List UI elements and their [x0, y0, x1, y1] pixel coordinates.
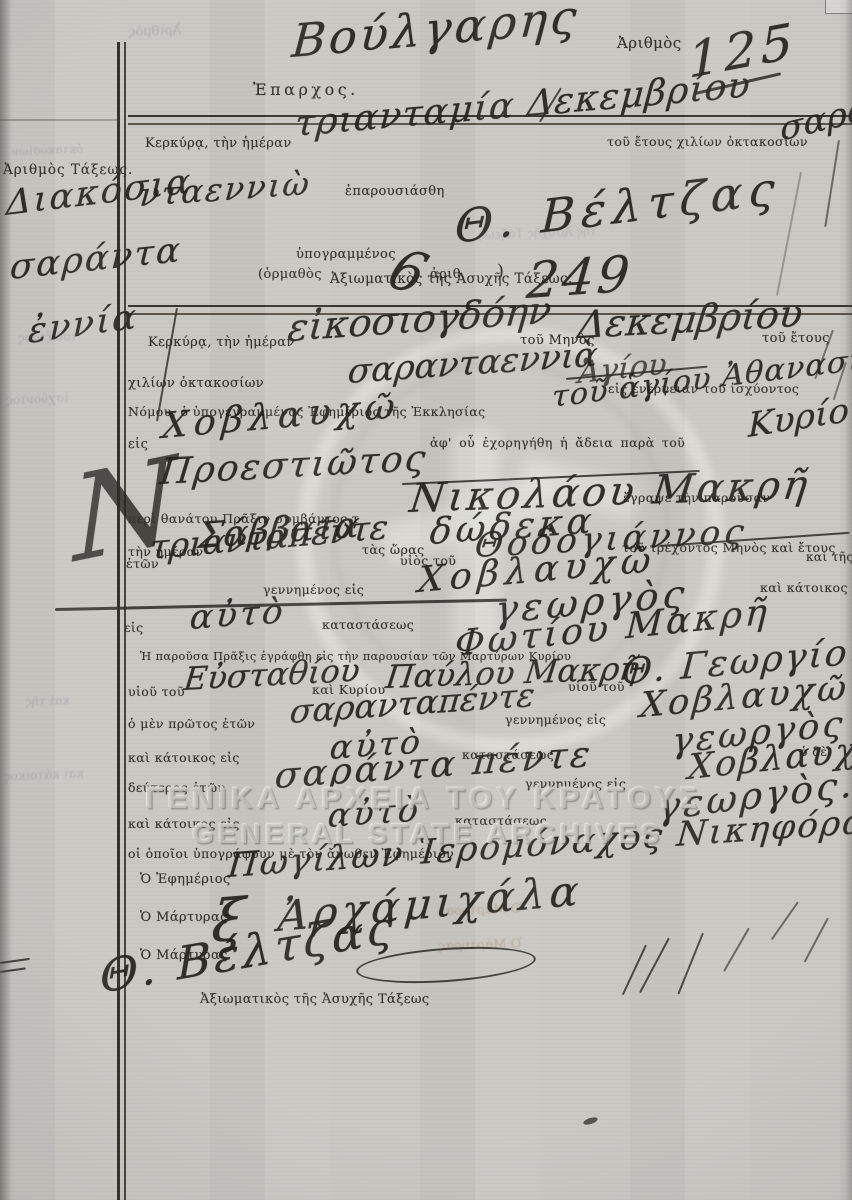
witness1-resident-label: καὶ κάτοικος εἰς [128, 750, 240, 765]
witness2-son-label: υἱοῦ τοῦ [568, 679, 625, 694]
scan-right-edge-shadow [844, 0, 852, 1200]
deceased-resident-label: καὶ κάτοικος [760, 580, 848, 595]
bleedthrough-text: ὀκτακοσίων [12, 142, 84, 158]
status-label: καταστάσεως [322, 617, 414, 632]
registration-year-label: τοῦ ἔτους χιλίων ὀκτακοσίων [607, 134, 808, 149]
number-label: Ἀριθμὸς [617, 34, 682, 52]
presented-label: ἐπαρουσιάσθη [345, 184, 445, 199]
ink-stroke [723, 928, 750, 972]
officer-final-title-label: Ἀξιωματικὸς τῆς Ἀσυχῆς Τάξεως [200, 992, 430, 1007]
eparch-signature-handwritten: Βούλγαρης [290, 0, 581, 68]
scanned-death-record-page: Βούλγαρης Ἀριθμὸς 125 Ἐπαρχος. Ἀριθμὸς Τ… [0, 0, 852, 1200]
first-witness-age-label: ὁ μὲν πρῶτος ἐτῶν [128, 716, 255, 731]
bleedthrough-text: τοῦ ἔτους [18, 329, 78, 345]
registration-date-handwritten: τριανταμία Δεκεμβρίου [294, 65, 753, 145]
number-abbr-label: ἀριθ. [430, 267, 465, 282]
resident-at-label: εἰς [124, 620, 144, 635]
ink-stroke [677, 933, 704, 995]
proestos-handwritten: Προεστιῶτος [158, 438, 429, 493]
ink-blot [582, 1116, 598, 1126]
act-year-label: τοῦ ἔτους [762, 331, 830, 346]
same-village-handwritten: αὐτὸ [188, 591, 287, 638]
top-rule-left-faint [0, 119, 117, 121]
act-village-at-label: εἰς [128, 437, 148, 452]
act-year-thousand-label: χιλίων ὀκτακοσίων [128, 376, 264, 391]
witness1-son-label: υἱοῦ τοῦ [128, 684, 185, 699]
scan-left-edge-shadow [0, 0, 12, 1200]
left-vertical-rule-outer [117, 42, 120, 1200]
eparch-office-label: Ἐπαρχος. [253, 80, 359, 99]
registration-year-start-handwritten: σαρὰ [778, 89, 852, 149]
bleedthrough-text: καὶ τῆς [25, 693, 70, 709]
priest-signature-label: Ὁ Ἐφημέριος [140, 872, 231, 887]
bleedthrough-text: Ἀριθμὸς [128, 23, 182, 40]
bleedthrough-text: καὶ κάτοικος [4, 767, 84, 784]
bleedthrough-text: ἰσχύοντος [6, 391, 69, 407]
archive-watermark-english: GENERAL STATE ARCHIVES [192, 818, 663, 850]
ink-tail-stroke [824, 140, 840, 227]
registration-place-date-label: Κερκύρᾳ, τὴν ἡμέραν [145, 136, 292, 151]
ink-stroke [771, 901, 799, 940]
ink-stroke [804, 918, 829, 963]
police-officer-signature-handwritten: Θ. Βέλτζας [454, 161, 782, 254]
permit-label: ἀφ' οὗ ἐχορηγήθη ἡ ἄδεια παρὰ τοῦ [430, 435, 685, 450]
bundle-open-label: (ὁρμαθὸς [258, 267, 322, 282]
witness1-born-label: γεννημένος εἰς [505, 712, 606, 727]
kyriou-handwritten: Κυρίου [748, 387, 852, 445]
bundle-close-label: ) [497, 261, 504, 282]
order-number-word2-handwritten: σαράντα [9, 230, 183, 288]
parish-village-handwritten: Χοβλαυχῶ [161, 385, 403, 446]
undersigned-label: ὑπογραμμένος [296, 247, 396, 262]
archive-watermark-greek: ΓΕΝΙΚΑ ΑΡΧΕΙΑ ΤΟΥ ΚΡΑΤΟΥΣ [145, 782, 702, 816]
